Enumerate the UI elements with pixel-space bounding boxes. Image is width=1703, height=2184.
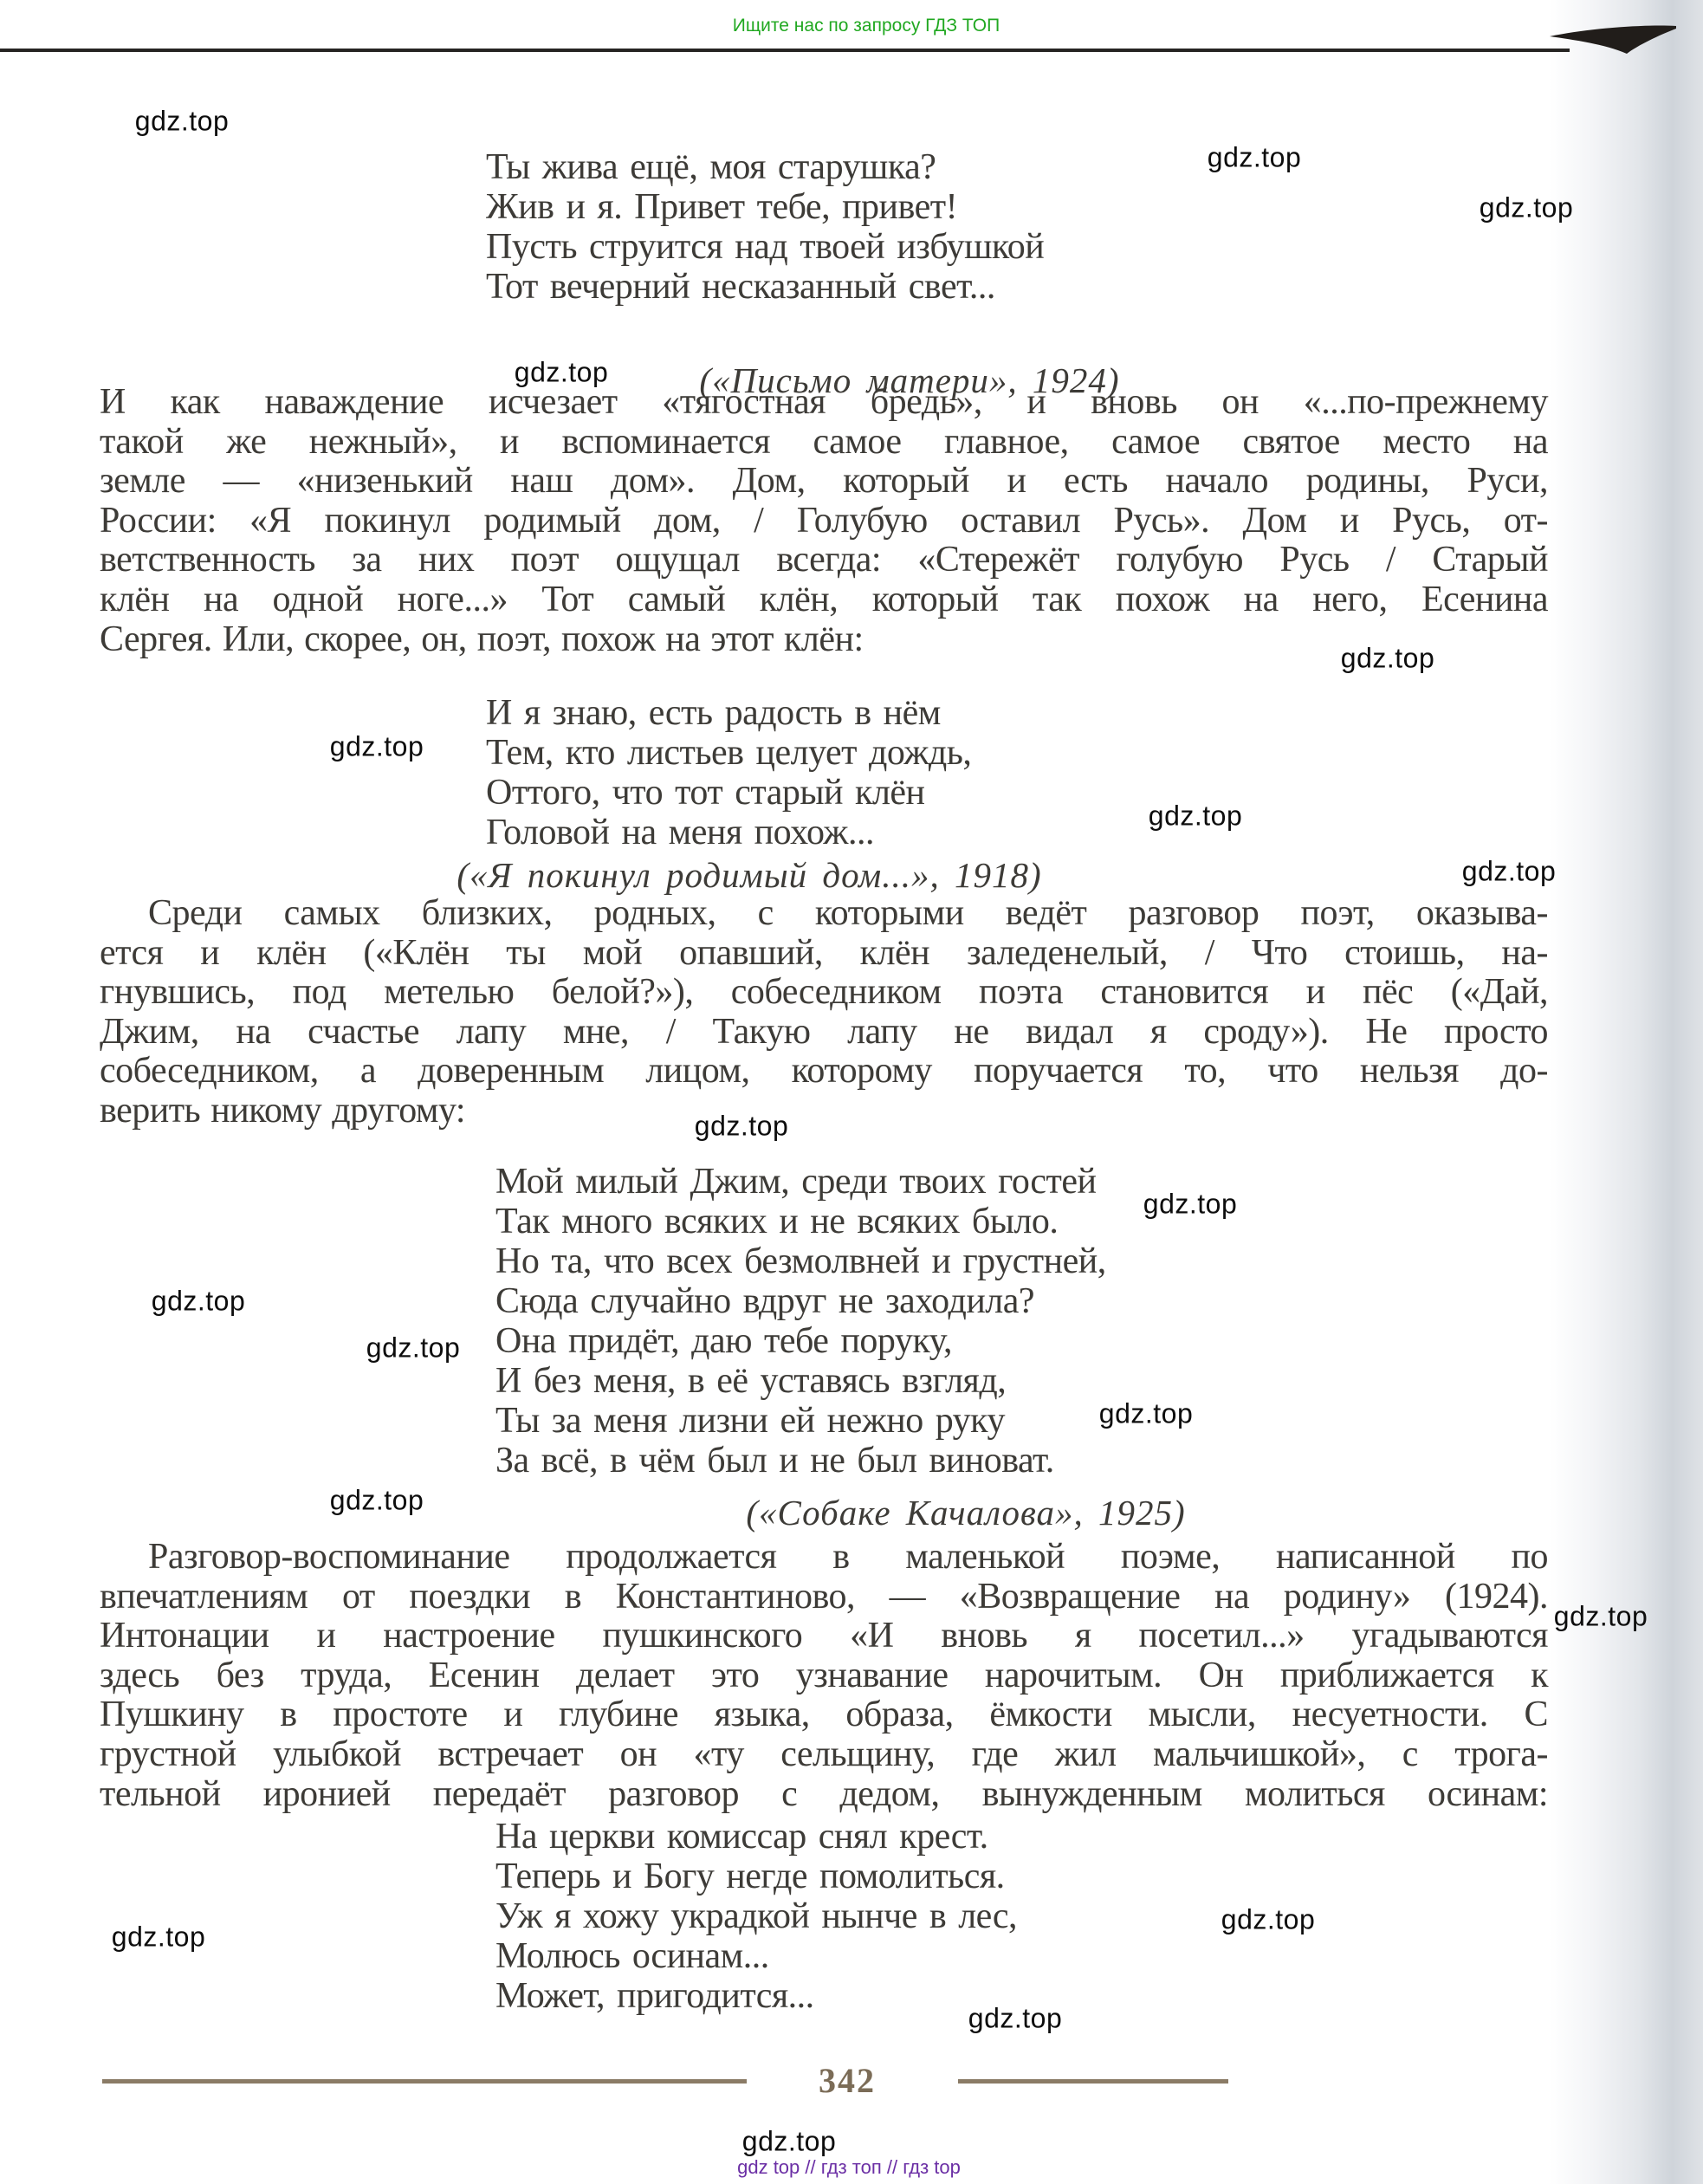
text-line: тельной иронией передаёт разговор с дедо… [100, 1775, 1548, 1815]
poem-attribution-3: («Собаке Качалова», 1925) [746, 1492, 1185, 1533]
text-line: Теперь и Богу негде помолиться. [495, 1857, 1017, 1896]
gdz-watermark: gdz.top [366, 1332, 460, 1364]
text-line: земле — «низенький наш дом». Дом, которы… [100, 462, 1548, 502]
paragraph-1: И как наваждение исчезает «тягостная бре… [100, 383, 1548, 659]
text-line: Так много всяких и не всяких было. [495, 1202, 1106, 1241]
paragraph-2: Среди самых близких, родных, с которыми … [100, 894, 1548, 1131]
text-line: Ты жива ещё, моя старушка? [486, 147, 1044, 187]
text-line: Среди самых близких, родных, с которыми … [100, 894, 1548, 934]
gdz-watermark: gdz.top [330, 731, 424, 763]
text-line: Разговор-воспоминание продолжается в мал… [100, 1538, 1548, 1578]
text-line: Джим, на счастье лапу мне, / Такую лапу … [100, 1013, 1548, 1053]
text-line: грустной улыбкой встречает он «ту сельщи… [100, 1735, 1548, 1775]
text-line: Молюсь осинам... [495, 1936, 1017, 1976]
paragraph-3: Разговор-воспоминание продолжается в мал… [100, 1538, 1548, 1814]
text-line: И без меня, в её уставясь взгляд, [495, 1361, 1106, 1401]
footer-site-line: gdz top // гдз топ // гдз top [737, 2156, 961, 2179]
gdz-watermark: gdz.top [742, 2126, 836, 2158]
text-line: ветственность за них поэт ощущал всегда:… [100, 541, 1548, 580]
text-line: Тот вечерний несказанный свет... [486, 267, 1044, 307]
text-line: Головой на меня похож... [486, 813, 971, 852]
text-line: Сюда случайно вдруг не заходила? [495, 1281, 1106, 1321]
scanned-book-page: Ищите нас по запросу ГДЗ ТОП Ты жива ещё… [0, 0, 1703, 2184]
top-banner-text: Ищите нас по запросу ГДЗ ТОП [733, 16, 1000, 36]
text-line: Может, пригодится... [495, 1976, 1017, 2016]
page-top-edge-line [0, 49, 1570, 52]
gdz-watermark: gdz.top [330, 1485, 424, 1517]
text-line: Тем, кто листьев целует дождь, [486, 733, 971, 773]
poem-stanza-3: Мой милый Джим, среди твоих гостейТак мн… [495, 1162, 1106, 1481]
gdz-watermark: gdz.top [1149, 800, 1242, 833]
text-line: И как наваждение исчезает «тягостная бре… [100, 383, 1548, 423]
text-line: здесь без труда, Есенин делает это узнав… [100, 1656, 1548, 1696]
gdz-watermark: gdz.top [1208, 142, 1301, 174]
gdz-watermark: gdz.top [1221, 1904, 1315, 1936]
text-line: Пусть струится над твоей избушкой [486, 227, 1044, 267]
gdz-watermark: gdz.top [1462, 856, 1556, 888]
text-line: Ты за меня лизни ей нежно руку [495, 1401, 1106, 1441]
gdz-watermark: gdz.top [135, 106, 229, 138]
text-line: клён на одной ноге...» Тот самый клён, к… [100, 580, 1548, 620]
text-line: верить никому другому: [100, 1092, 1548, 1131]
text-line: Но та, что всех безмолвней и грустней, [495, 1241, 1106, 1281]
text-line: России: «Я покинул родимый дом, / Голубу… [100, 502, 1548, 541]
gdz-watermark: gdz.top [112, 1922, 205, 1954]
text-line: впечатлениям от поездки в Константиново,… [100, 1578, 1548, 1617]
text-line: Она придёт, даю тебе поруку, [495, 1321, 1106, 1361]
text-line: Интонации и настроение пушкинского «И вн… [100, 1617, 1548, 1656]
page-corner-curl [1538, 21, 1680, 63]
text-line: Сергея. Или, скорее, он, поэт, похож на … [100, 620, 1548, 660]
footer-rule-right [958, 2079, 1228, 2084]
text-line: Уж я хожу украдкой нынче в лес, [495, 1896, 1017, 1936]
gdz-watermark: gdz.top [1099, 1398, 1193, 1430]
gdz-watermark: gdz.top [1143, 1189, 1237, 1221]
gdz-watermark: gdz.top [152, 1286, 245, 1318]
page-number: 342 [819, 2060, 876, 2101]
text-line: собеседником, а доверенным лицом, которо… [100, 1052, 1548, 1092]
footer-rule-left [102, 2079, 747, 2084]
poem-attribution-2: («Я покинул родимый дом...», 1918) [457, 854, 1041, 896]
text-line: Пушкину в простоте и глубине языка, обра… [100, 1695, 1548, 1735]
text-line: гнувшись, под метелью белой?»), собеседн… [100, 973, 1548, 1013]
text-line: ется и клён («Клён ты мой опавший, клён … [100, 934, 1548, 974]
text-line: На церкви комиссар снял крест. [495, 1817, 1017, 1857]
poem-stanza-1: Ты жива ещё, моя старушка?Жив и я. Приве… [486, 147, 1044, 307]
text-line: За всё, в чём был и не был виноват. [495, 1441, 1106, 1481]
text-line: Жив и я. Привет тебе, привет! [486, 187, 1044, 227]
text-line: Оттого, что тот старый клён [486, 773, 971, 813]
text-line: И я знаю, есть радость в нём [486, 693, 971, 733]
poem-stanza-2: И я знаю, есть радость в нёмТем, кто лис… [486, 693, 971, 852]
text-line: такой же нежный», и вспоминается самое г… [100, 423, 1548, 463]
poem-stanza-4: На церкви комиссар снял крест.Теперь и Б… [495, 1817, 1017, 2016]
page-edge-gradient [1549, 0, 1703, 2184]
text-line: Мой милый Джим, среди твоих гостей [495, 1162, 1106, 1202]
